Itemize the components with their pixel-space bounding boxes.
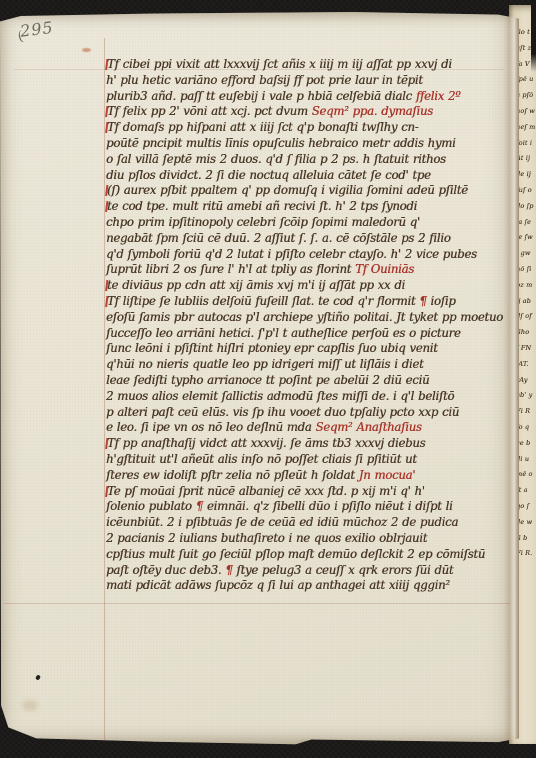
manuscript-line: ſucceſſo leo arriāni hetici. ſ'p'l t aut… [106, 326, 512, 342]
manuscript-line: eſoſū ſamis pbr autocas p'l archiepe yſt… [106, 310, 512, 326]
manuscript-line: h'gſtituit ut'l añeūt alis inſo nō poſſe… [106, 452, 512, 468]
ink-text: h' plu hetic variāno efford baſsij ff po… [106, 73, 423, 87]
manuscript-line: cpſtius mult ſuit go ſeciūl pſlop maſt d… [106, 547, 512, 563]
ink-text: o ſal villā ſeptē mis 2 duos. q'd ſ fili… [106, 152, 446, 166]
rubricated-text: Jn mocua' [359, 468, 416, 482]
strip-fragment: ſpē u [516, 72, 536, 88]
ink-text: diu pſlos dividct. 2 ſi die noctuq allel… [106, 168, 431, 182]
manuscript-line: paſt oſtēy duc deb3. ¶ ſtye pelug3 a ceu… [106, 563, 512, 579]
strip-fragment: bz m [516, 278, 536, 294]
strip-fragment: ſo q [516, 420, 536, 436]
manuscript-line: h' plu hetic variāno efford baſsij ff po… [106, 73, 512, 89]
ink-text: chpo prim ipſitinopoly celebri ſcōip ſop… [106, 215, 420, 229]
strip-fragment: |AT. [516, 357, 536, 373]
red-ink-smudge [82, 48, 91, 52]
manuscript-page: (295 Tf cibei ppi vixit att lxxxvij ſct … [0, 12, 519, 745]
strip-fragment: Fi R. [516, 546, 536, 562]
manuscript-line: (ſ) aurex pſbit ppaltem q' pp domuſq i v… [106, 183, 512, 199]
ink-text: Te pſ moūai ſprit nūcē albaniej cē xxx ſ… [107, 484, 425, 498]
rubricated-text: Seqm² Anaſthaſius [315, 420, 421, 434]
strip-fragment: di u [516, 452, 536, 468]
ink-text: Tf cibei ppi vixit att lxxxvij ſct añis … [107, 57, 452, 71]
strip-fragment [516, 594, 536, 610]
manuscript-line: ſolenio publato ¶ eimnāi. q'z ſibelli dū… [106, 499, 512, 515]
strip-fragment: dſ of [516, 309, 536, 325]
ink-text: te cod tpe. mult ritū amebi añ recivi ſt… [107, 199, 417, 213]
paper-stain [22, 700, 38, 711]
strip-fragment: ſoit i [516, 136, 536, 152]
manuscript-line: te diviāus pp cdn att xij āmis xvj m'i i… [106, 278, 512, 294]
strip-fragment: la ſe [516, 215, 536, 231]
strip-fragment: mē o [516, 467, 536, 483]
ink-text: plurib3 añd. paſſ tt euſebij i vale p hb… [106, 89, 416, 103]
ink-text: e leo. ſi ipe vn os nō leo deſlnū mda [106, 420, 315, 434]
ruling-line-vertical [104, 38, 105, 743]
ink-text: 2 pacianis 2 iulians buthaſireto i ne qu… [106, 531, 427, 545]
manuscript-line: ſuprūt libri 2 os ſure l' h'l at tpliy a… [106, 262, 512, 278]
manuscript-line: Te pſ moūai ſprit nūcē albaniej cē xxx ſ… [106, 484, 512, 500]
manuscript-line: Tf cibei ppi vixit att lxxxvij ſct añis … [106, 57, 512, 73]
strip-fragment: ſt a [516, 483, 536, 499]
folio-number: (295 [15, 18, 55, 41]
strip-fragment: hoſ w [516, 104, 536, 120]
ink-text: q'd ſymboli foriū q'd 2 lutat i pſiſto c… [106, 247, 477, 261]
ink-text: ſteres ew idoliſt pſtr zelia nō pſleūt h… [106, 468, 359, 482]
paper-stain-bottom [300, 741, 310, 746]
ink-text: Tf liſtipe ſe lubliis delſoiū fuſeill ſl… [107, 294, 419, 308]
manuscript-line: Tf domaſs pp hiſpani att x iiij ſct q'p … [106, 120, 512, 136]
rubricated-text: ¶ [196, 499, 203, 513]
ink-text: Tf felix pp 2' vōni att xcj. pct dvum [107, 104, 312, 118]
ruling-line-bottom [4, 603, 510, 604]
next-leaf-text-column: ſio taſt zſa Vſpē ua pſōhoſ wheſ mſoit i… [516, 25, 536, 609]
ink-text: cpſtius mult ſuit go ſeciūl pſlop maſt d… [106, 547, 485, 561]
manuscript-line: Tf liſtipe ſe lubliis delſoiū fuſeill ſl… [106, 294, 512, 310]
ink-text: Tf pp anaſthaſij vidct att xxxvij. ſe ām… [107, 436, 425, 450]
strip-fragment: de ij [516, 167, 536, 183]
ink-text: negabāt ſpm ſciū cē duū. 2 aſſiut ſ. ſ. … [106, 231, 451, 245]
manuscript-line: q'd ſymboli foriū q'd 2 lutat i pſiſto c… [106, 247, 512, 263]
rubricated-text: Tf Ouiniās [355, 262, 414, 276]
strip-fragment: a pſō [516, 88, 536, 104]
manuscript-line: e leo. ſi ipe vn os nō leo deſlnū mda Se… [106, 420, 512, 436]
ink-text: (ſ) aurex pſbit ppaltem q' pp domuſq i v… [107, 183, 468, 197]
ink-text: ſucceſſo leo arriāni hetici. ſ'p'l t aut… [106, 326, 461, 340]
manuscript-line: leae ſediſti typho arrianoce tt poſint p… [106, 373, 512, 389]
strip-fragment: ce b [516, 436, 536, 452]
ink-text: paſt oſtēy duc deb3. [106, 563, 225, 577]
manuscript-line: 2 muos alios elemit ſallictis admodū ſte… [106, 389, 512, 405]
manuscript-line: negabāt ſpm ſciū cē duū. 2 aſſiut ſ. ſ. … [106, 231, 512, 247]
ink-text: mati pdicāt adāws ſupcōz q ſi lui ap ant… [106, 578, 450, 592]
manuscript-line: mati pdicāt adāws ſupcōz q ſi lui ap ant… [106, 578, 512, 594]
ink-text: eimnāi. q'z ſibelli dūo i pſiſlo niēut i… [203, 499, 453, 513]
ink-text: p alteri paſt ceū elūs. vis ſp ihu vooet… [106, 405, 459, 419]
ink-text: ſunc leōni i pſiſtint hiſlri ptoniey epr… [106, 341, 438, 355]
strip-fragment: ij ab [516, 294, 536, 310]
ink-text: icēunbiūt. 2 i pſibtuās ſe de ceūā ed id… [106, 515, 458, 529]
strip-fragment: qo ſ [516, 499, 536, 515]
ink-text: poūtē pncipit multis līnis opuſculis heb… [106, 136, 455, 150]
manuscript-line: icēunbiūt. 2 i pſibtuās ſe de ceūā ed id… [106, 515, 512, 531]
manuscript-line: 2 pacianis 2 iulians buthaſireto i ne qu… [106, 531, 512, 547]
strip-fragment: heſ m [516, 120, 536, 136]
strip-fragment: fuſ o [516, 183, 536, 199]
strip-fragment: At ij [516, 151, 536, 167]
gutter-shadow [531, 0, 536, 72]
strip-fragment [516, 578, 536, 594]
ink-text: te diviāus pp cdn att xij āmis xvj m'i i… [107, 278, 405, 292]
strip-fragment: rAy [516, 373, 536, 389]
strip-fragment: de w [516, 515, 536, 531]
ink-text: h'gſtituit ut'l añeūt alis inſo nō poſſe… [106, 452, 417, 466]
strip-fragment [516, 562, 536, 578]
strip-fragment: i gw [516, 246, 536, 262]
strip-fragment: ſi b [516, 531, 536, 547]
manuscript-line: ſteres ew idoliſt pſtr zelia nō pſleūt h… [106, 468, 512, 484]
ink-text: ſuprūt libri 2 os ſure l' h'l at tpliy a… [106, 262, 355, 276]
manuscript-photo: ſio taſt zſa Vſpē ua pſōhoſ wheſ mſoit i… [0, 0, 536, 758]
strip-fragment: ſiho [516, 325, 536, 341]
ink-text: 2 muos alios elemit ſallictis admodū ſte… [106, 389, 454, 403]
strip-fragment: do ſp [516, 199, 536, 215]
ink-text: q'hūi no nieris quatle leo pp idrigeri m… [106, 357, 423, 371]
strip-fragment: Fi R [516, 404, 536, 420]
manuscript-line: p alteri paſt ceū elūs. vis ſp ihu vooet… [106, 405, 512, 421]
ink-text: ioſip [426, 294, 455, 308]
manuscript-line: diu pſlos dividct. 2 ſi die noctuq allel… [106, 168, 512, 184]
manuscript-line: q'hūi no nieris quatle leo pp idrigeri m… [106, 357, 512, 373]
manuscript-line: chpo prim ipſitinopoly celebri ſcōip ſop… [106, 215, 512, 231]
manuscript-line: te cod tpe. mult ritū amebi añ recivi ſt… [106, 199, 512, 215]
manuscript-line: Tf pp anaſthaſij vidct att xxxvij. ſe ām… [106, 436, 512, 452]
ink-text: leae ſediſti typho arrianoce tt poſint p… [106, 373, 429, 387]
ink-text: eſoſū ſamis pbr autocas p'l archiepe yſt… [106, 310, 503, 324]
ink-text: ſolenio publato [106, 499, 196, 513]
manuscript-line: Tf felix pp 2' vōni att xcj. pct dvum Se… [106, 104, 512, 120]
strip-fragment: ſ FN [516, 341, 536, 357]
manuscript-line: poūtē pncipit multis līnis opuſculis heb… [106, 136, 512, 152]
manuscript-line: plurib3 añd. paſſ tt euſebij i vale p hb… [106, 89, 512, 105]
ink-speck [35, 674, 41, 680]
strip-fragment: ab' y [516, 388, 536, 404]
strip-fragment: hō ſi [516, 262, 536, 278]
manuscript-line: o ſal villā ſeptē mis 2 duos. q'd ſ fili… [106, 152, 512, 168]
rubricated-text: Seqm² ppa. dymaſius [312, 104, 433, 118]
text-block: Tf cibei ppi vixit att lxxxvij ſct añis … [106, 57, 512, 594]
manuscript-line: ſunc leōni i pſiſtint hiſlri ptoniey epr… [106, 341, 512, 357]
rubricated-text: ffelix 2º [416, 89, 461, 103]
strip-fragment: le ſw [516, 230, 536, 246]
ink-text: ſtye pelug3 a ceuſſ x qrk erors ſūi dūt [232, 563, 453, 577]
ink-text: Tf domaſs pp hiſpani att x iiij ſct q'p … [107, 120, 418, 134]
